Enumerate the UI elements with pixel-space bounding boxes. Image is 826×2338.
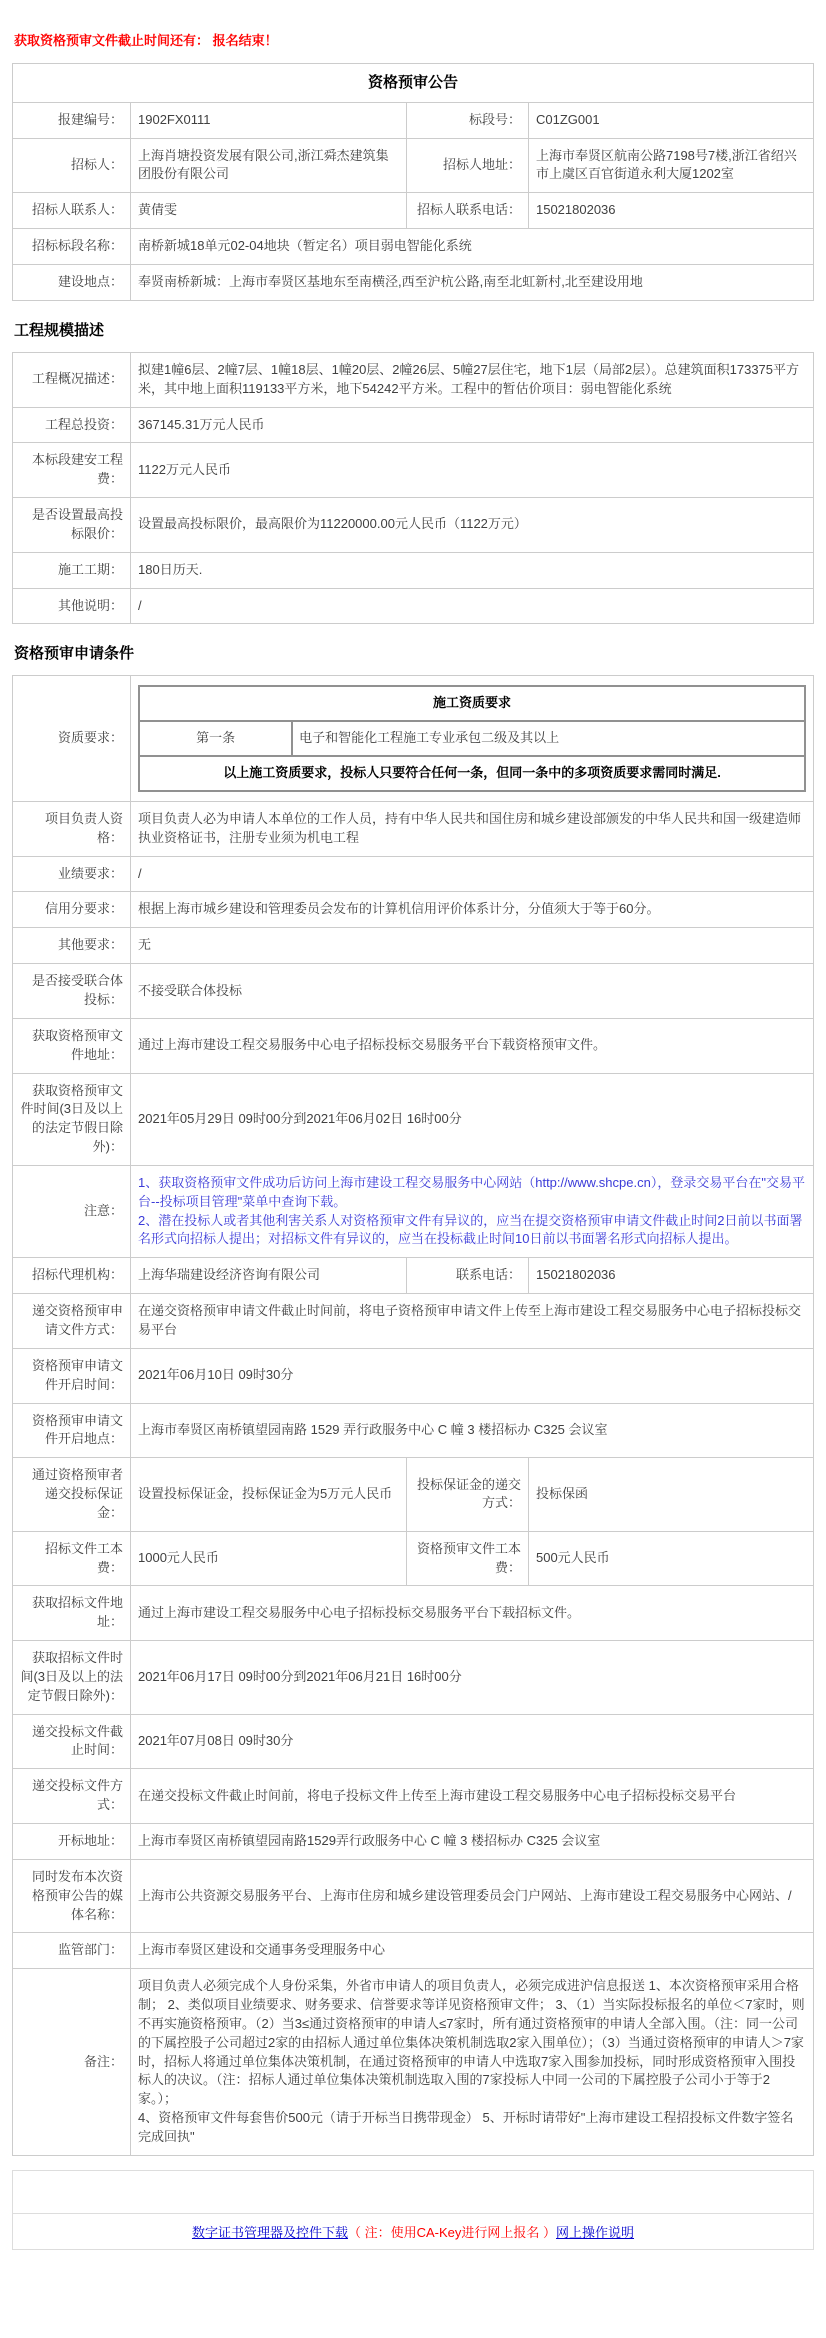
clause-text: 电子和智能化工程施工专业承包二级及其以上 (292, 721, 805, 756)
table-row: 其他要求： 无 (13, 928, 814, 964)
table-row: 是否设置最高投标限价： 设置最高投标限价，最高限价为11220000.00元人民… (13, 498, 814, 553)
table-row: 工程概况描述： 拟建1幢6层、2幢7层、1幢18层、1幢20层、2幢26层、5幢… (13, 352, 814, 407)
online-operation-guide-link[interactable]: 网上操作说明 (556, 2225, 634, 2240)
row-value: / (131, 856, 814, 892)
page-content: 获取资格预审文件截止时间还有： 报名结束！ 资格预审公告 报建编号： 1902F… (0, 0, 826, 2250)
table-row: 报建编号： 1902FX0111 标段号： C01ZG001 (13, 102, 814, 138)
row-value: 2021年06月10日 09时30分 (131, 1348, 814, 1403)
row-label: 招标人联系电话： (406, 193, 528, 229)
table-row: 招标代理机构： 上海华瑞建设经济咨询有限公司 联系电话： 15021802036 (13, 1258, 814, 1294)
table-row: 本标段建安工程费： 1122万元人民币 (13, 443, 814, 498)
table-row: 递交投标文件方式： 在递交投标文件截止时间前，将电子投标文件上传至上海市建设工程… (13, 1769, 814, 1824)
table-row: 建设地点： 奉贤南桥新城：上海市奉贤区基地东至南横泾,西至沪杭公路,南至北虹新村… (13, 264, 814, 300)
table-row: 数字证书管理器及控件下载（ 注：使用CA-Key进行网上报名 ）网上操作说明 (13, 2213, 814, 2249)
row-value: 15021802036 (528, 193, 813, 229)
attention-note-text: 1、获取资格预审文件成功后访问上海市建设工程交易服务中心网站（http://ww… (131, 1165, 814, 1257)
row-value: / (131, 588, 814, 624)
row-label: 资格预审文件工本费： (406, 1531, 528, 1586)
row-label: 递交投标文件方式： (13, 1769, 131, 1824)
row-label: 资质要求： (13, 676, 131, 802)
table-row: 通过资格预审者递交投标保证金： 设置投标保证金，投标保证金为5万元人民币 投标保… (13, 1458, 814, 1532)
footer-links-row: 数字证书管理器及控件下载（ 注：使用CA-Key进行网上报名 ）网上操作说明 (13, 2213, 814, 2249)
row-label: 招标人地址： (406, 138, 528, 193)
row-label: 本标段建安工程费： (13, 443, 131, 498)
table-row: 是否接受联合体投标： 不接受联合体投标 (13, 964, 814, 1019)
row-label: 资格预审申请文件开启地点： (13, 1403, 131, 1458)
row-label: 招标代理机构： (13, 1258, 131, 1294)
table-row: 开标地址： 上海市奉贤区南桥镇望园南路1529弄行政服务中心 C 幢 3 楼招标… (13, 1824, 814, 1860)
row-value: 设置投标保证金，投标保证金为5万元人民币 (131, 1458, 407, 1532)
row-value: 2021年07月08日 09时30分 (131, 1714, 814, 1769)
footer-empty-row (13, 2170, 814, 2213)
row-label: 招标人联系人： (13, 193, 131, 229)
table-row: 其他说明： / (13, 588, 814, 624)
table-row: 获取招标文件时间(3日及以上的法定节假日除外)： 2021年06月17日 09时… (13, 1641, 814, 1715)
row-value: 上海市公共资源交易服务平台、上海市住房和城乡建设管理委员会门户网站、上海市建设工… (131, 1859, 814, 1933)
table-row: 资格预审申请文件开启地点： 上海市奉贤区南桥镇望园南路 1529 弄行政服务中心… (13, 1403, 814, 1458)
row-label: 其他说明： (13, 588, 131, 624)
row-label: 递交投标文件截止时间： (13, 1714, 131, 1769)
row-value: 南桥新城18单元02-04地块（暂定名）项目弱电智能化系统 (131, 229, 814, 265)
clause-number: 第一条 (139, 721, 292, 756)
row-label: 是否设置最高投标限价： (13, 498, 131, 553)
table-row: 招标文件工本费： 1000元人民币 资格预审文件工本费： 500元人民币 (13, 1531, 814, 1586)
row-label: 信用分要求： (13, 892, 131, 928)
nested-table-footnote: 以上施工资质要求，投标人只要符合任何一条，但同一条中的多项资质要求需同时满足. (139, 756, 805, 791)
table-row: 资格预审申请文件开启时间： 2021年06月10日 09时30分 (13, 1348, 814, 1403)
table-title-row: 资格预审公告 (13, 64, 814, 103)
prequalification-table: 资质要求： 施工资质要求 第一条 电子和智能化工程施工专业承包二级及其以上 以上… (12, 675, 814, 2155)
table-row (13, 2170, 814, 2213)
row-label: 获取招标文件时间(3日及以上的法定节假日除外)： (13, 1641, 131, 1715)
row-label: 标段号： (406, 102, 528, 138)
row-value: 2021年05月29日 09时00分到2021年06月02日 16时00分 (131, 1073, 814, 1165)
nested-table-header: 施工资质要求 (139, 686, 805, 721)
row-label: 招标标段名称： (13, 229, 131, 265)
row-label: 项目负责人资格： (13, 801, 131, 856)
row-label: 建设地点： (13, 264, 131, 300)
row-value: 2021年06月17日 09时00分到2021年06月21日 16时00分 (131, 1641, 814, 1715)
table-row: 招标人： 上海肖塘投资发展有限公司,浙江舜杰建筑集团股份有限公司 招标人地址： … (13, 138, 814, 193)
table-row: 同时发布本次资格预审公告的媒体名称： 上海市公共资源交易服务平台、上海市住房和城… (13, 1859, 814, 1933)
row-value: 500元人民币 (528, 1531, 813, 1586)
row-value: 15021802036 (528, 1258, 813, 1294)
table-row: 第一条 电子和智能化工程施工专业承包二级及其以上 (139, 721, 805, 756)
row-value: 无 (131, 928, 814, 964)
row-label: 备注： (13, 1969, 131, 2156)
table-row: 施工工期： 180日历天. (13, 552, 814, 588)
row-label: 获取资格预审文件时间(3日及以上的法定节假日除外)： (13, 1073, 131, 1165)
row-label: 开标地址： (13, 1824, 131, 1860)
table-row: 招标标段名称： 南桥新城18单元02-04地块（暂定名）项目弱电智能化系统 (13, 229, 814, 265)
row-label: 是否接受联合体投标： (13, 964, 131, 1019)
row-label: 获取招标文件地址： (13, 1586, 131, 1641)
row-value: 367145.31万元人民币 (131, 407, 814, 443)
table-row: 获取资格预审文件时间(3日及以上的法定节假日除外)： 2021年05月29日 0… (13, 1073, 814, 1165)
row-value: 不接受联合体投标 (131, 964, 814, 1019)
row-label: 注意： (13, 1165, 131, 1257)
table-row: 资质要求： 施工资质要求 第一条 电子和智能化工程施工专业承包二级及其以上 以上… (13, 676, 814, 802)
table-row: 项目负责人资格： 项目负责人必为申请人本单位的工作人员，持有中华人民共和国住房和… (13, 801, 814, 856)
table-row: 信用分要求： 根据上海市城乡建设和管理委员会发布的计算机信用评价体系计分，分值须… (13, 892, 814, 928)
table-row: 递交投标文件截止时间： 2021年07月08日 09时30分 (13, 1714, 814, 1769)
announcement-table: 资格预审公告 报建编号： 1902FX0111 标段号： C01ZG001 招标… (12, 63, 814, 301)
construction-qualification-table: 施工资质要求 第一条 电子和智能化工程施工专业承包二级及其以上 以上施工资质要求… (138, 685, 806, 792)
row-value: 上海市奉贤区南桥镇望园南路1529弄行政服务中心 C 幢 3 楼招标办 C325… (131, 1824, 814, 1860)
row-value: 1122万元人民币 (131, 443, 814, 498)
row-label: 监管部门： (13, 1933, 131, 1969)
row-value: 通过上海市建设工程交易服务中心电子招标投标交易服务平台下载资格预审文件。 (131, 1018, 814, 1073)
row-value: 180日历天. (131, 552, 814, 588)
row-value: 上海肖塘投资发展有限公司,浙江舜杰建筑集团股份有限公司 (131, 138, 407, 193)
table-row: 工程总投资： 367145.31万元人民币 (13, 407, 814, 443)
row-label: 通过资格预审者递交投标保证金： (13, 1458, 131, 1532)
row-value: 上海市奉贤区南桥镇望园南路 1529 弄行政服务中心 C 幢 3 楼招标办 C3… (131, 1403, 814, 1458)
table-row: 获取资格预审文件地址： 通过上海市建设工程交易服务中心电子招标投标交易服务平台下… (13, 1018, 814, 1073)
row-value: 在递交资格预审申请文件截止时间前，将电子资格预审申请文件上传至上海市建设工程交易… (131, 1294, 814, 1349)
table-row: 备注： 项目负责人必须完成个人身份采集，外省市申请人的项目负责人，必须完成进沪信… (13, 1969, 814, 2156)
row-label: 招标人： (13, 138, 131, 193)
table-row: 施工资质要求 (139, 686, 805, 721)
row-label: 报建编号： (13, 102, 131, 138)
row-label: 其他要求： (13, 928, 131, 964)
ca-key-usage-note: （ 注：使用CA-Key进行网上报名 ） (348, 2225, 556, 2240)
table-row: 获取招标文件地址： 通过上海市建设工程交易服务中心电子招标投标交易服务平台下载招… (13, 1586, 814, 1641)
row-value: C01ZG001 (528, 102, 813, 138)
table-row: 以上施工资质要求，投标人只要符合任何一条，但同一条中的多项资质要求需同时满足. (139, 756, 805, 791)
ca-key-download-link[interactable]: 数字证书管理器及控件下载 (192, 2225, 348, 2240)
table-row: 业绩要求： / (13, 856, 814, 892)
section-heading-project-scale: 工程规模描述 (14, 319, 814, 340)
table-row: 监管部门： 上海市奉贤区建设和交通事务受理服务中心 (13, 1933, 814, 1969)
row-label: 递交资格预审申请文件方式： (13, 1294, 131, 1349)
project-scale-table: 工程概况描述： 拟建1幢6层、2幢7层、1幢18层、1幢20层、2幢26层、5幢… (12, 352, 814, 625)
row-value: 1000元人民币 (131, 1531, 407, 1586)
row-value: 奉贤南桥新城：上海市奉贤区基地东至南横泾,西至沪杭公路,南至北虹新村,北至建设用… (131, 264, 814, 300)
row-label: 工程概况描述： (13, 352, 131, 407)
row-label: 投标保证金的递交方式： (406, 1458, 528, 1532)
remarks-text: 项目负责人必须完成个人身份采集，外省市申请人的项目负责人，必须完成进沪信息报送 … (131, 1969, 814, 2156)
row-label: 资格预审申请文件开启时间： (13, 1348, 131, 1403)
deadline-countdown-notice: 获取资格预审文件截止时间还有： 报名结束！ (14, 30, 814, 49)
row-value: 根据上海市城乡建设和管理委员会发布的计算机信用评价体系计分，分值须大于等于60分… (131, 892, 814, 928)
table-row: 注意： 1、获取资格预审文件成功后访问上海市建设工程交易服务中心网站（http:… (13, 1165, 814, 1257)
row-value: 投标保函 (528, 1458, 813, 1532)
qualification-requirement-cell: 施工资质要求 第一条 电子和智能化工程施工专业承包二级及其以上 以上施工资质要求… (131, 676, 814, 802)
row-value: 上海华瑞建设经济咨询有限公司 (131, 1258, 407, 1294)
row-value: 通过上海市建设工程交易服务中心电子招标投标交易服务平台下载招标文件。 (131, 1586, 814, 1641)
row-label: 业绩要求： (13, 856, 131, 892)
section-heading-prequalification-conditions: 资格预审申请条件 (14, 642, 814, 663)
row-label: 工程总投资： (13, 407, 131, 443)
row-value: 黄倩雯 (131, 193, 407, 229)
row-value: 设置最高投标限价，最高限价为11220000.00元人民币（1122万元） (131, 498, 814, 553)
page-title: 资格预审公告 (13, 64, 814, 103)
table-row: 招标人联系人： 黄倩雯 招标人联系电话： 15021802036 (13, 193, 814, 229)
table-row: 递交资格预审申请文件方式： 在递交资格预审申请文件截止时间前，将电子资格预审申请… (13, 1294, 814, 1349)
row-label: 获取资格预审文件地址： (13, 1018, 131, 1073)
row-value: 在递交投标文件截止时间前，将电子投标文件上传至上海市建设工程交易服务中心电子招标… (131, 1769, 814, 1824)
row-label: 同时发布本次资格预审公告的媒体名称： (13, 1859, 131, 1933)
row-value: 1902FX0111 (131, 102, 407, 138)
row-value: 上海市奉贤区航南公路7198号7楼,浙江省绍兴市上虞区百官街道永利大厦1202室 (528, 138, 813, 193)
row-value: 项目负责人必为申请人本单位的工作人员，持有中华人民共和国住房和城乡建设部颁发的中… (131, 801, 814, 856)
row-value: 拟建1幢6层、2幢7层、1幢18层、1幢20层、2幢26层、5幢27层住宅，地下… (131, 352, 814, 407)
row-label: 施工工期： (13, 552, 131, 588)
row-label: 联系电话： (406, 1258, 528, 1294)
row-value: 上海市奉贤区建设和交通事务受理服务中心 (131, 1933, 814, 1969)
footer-table: 数字证书管理器及控件下载（ 注：使用CA-Key进行网上报名 ）网上操作说明 (12, 2170, 814, 2250)
row-label: 招标文件工本费： (13, 1531, 131, 1586)
